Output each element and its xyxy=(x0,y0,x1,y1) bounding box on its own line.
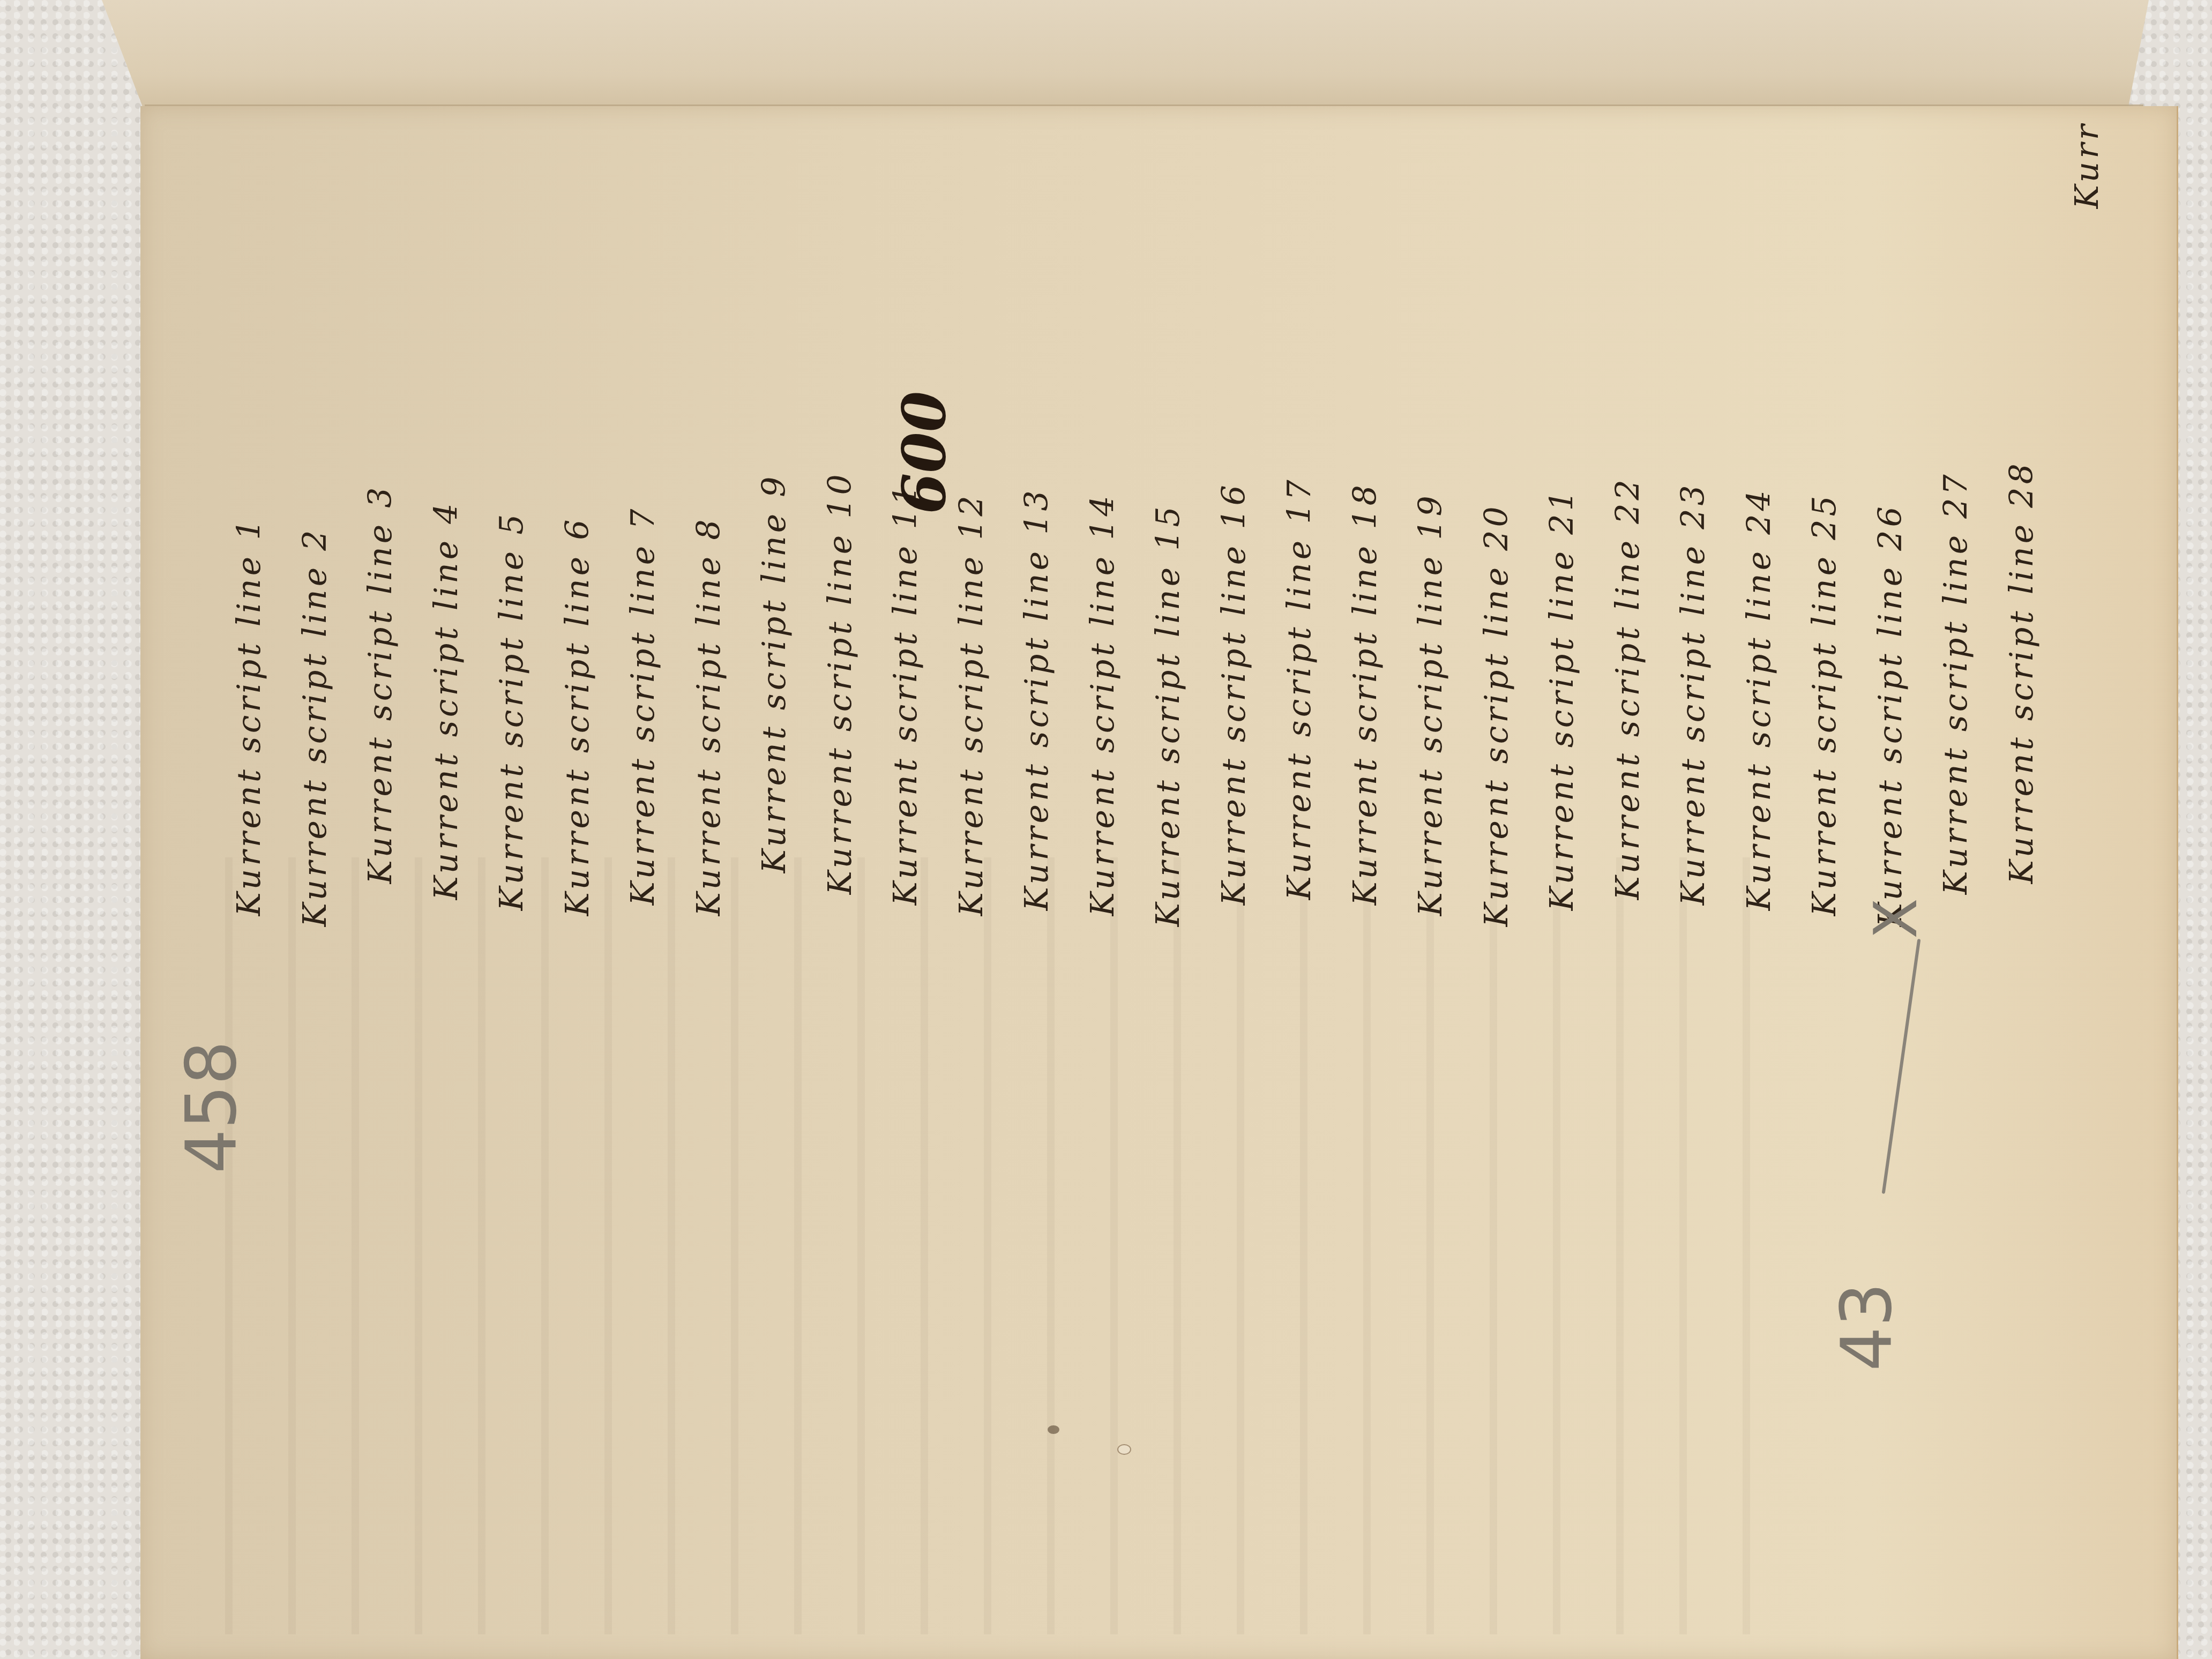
script-line-text: Kurrent script line 17 xyxy=(1281,123,1318,900)
cross-mark-pencil: X xyxy=(1862,898,1930,938)
script-line-text: Kurrent script line 22 xyxy=(1609,123,1647,900)
script-line-text: Kurrent script line 25 xyxy=(1806,123,1843,916)
script-line-text: Kurrent script line 15 xyxy=(1149,123,1187,927)
page-number-pencil: 43 xyxy=(1826,1282,1907,1371)
script-line-text: Kurrent script line 10 xyxy=(821,123,859,895)
script-line-text: Kurrent script line 1 xyxy=(230,123,268,916)
script-line-text: Kurrent script line 4 xyxy=(428,123,465,900)
script-line-text: Kurrent script line 8 xyxy=(690,123,728,916)
script-line-text: Kurrent script line 23 xyxy=(1675,123,1712,906)
script-line-text: Kurrent script line 7 xyxy=(624,123,662,906)
script-line-text: Kurrent script line 28 xyxy=(2003,123,2041,884)
script-line-text: Kurrent script line 16 xyxy=(1215,123,1253,906)
paper-damage-hole xyxy=(1117,1444,1131,1455)
script-line-text: Kurrent script line 24 xyxy=(1740,123,1778,911)
script-line-text: Kurrent script line 18 xyxy=(1347,123,1384,906)
paper-damage-hole xyxy=(1048,1425,1059,1434)
script-line-text: Kurrent script line 11 xyxy=(887,123,924,906)
script-line-text: Kurrent script line 14 xyxy=(1084,123,1122,916)
script-line-text: Kurrent script line 13 xyxy=(1018,123,1056,911)
script-line-text: Kurrent script line 20 xyxy=(1478,123,1515,927)
script-line-text: Kurrent script line 27 xyxy=(1937,123,1975,895)
script-line-text: Kurrent script line 29 xyxy=(2068,123,2106,209)
folio-number-pencil: 458 xyxy=(170,1041,252,1174)
script-line-text: Kurrent script line 5 xyxy=(493,123,530,911)
bleed-through-text xyxy=(225,857,1779,1634)
amount-600: 600 xyxy=(890,391,959,514)
script-line-text: Kurrent script line 19 xyxy=(1412,123,1449,916)
folded-top-flap xyxy=(102,0,2149,107)
script-line-text: Kurrent script line 3 xyxy=(362,123,399,884)
script-line-text: Kurrent script line 21 xyxy=(1543,123,1581,911)
script-line-text: Kurrent script line 12 xyxy=(953,123,990,916)
script-line-text: Kurrent script line 2 xyxy=(296,123,334,927)
script-line-text: Kurrent script line 26 xyxy=(1872,123,1909,927)
script-line-text: Kurrent script line 6 xyxy=(559,123,596,916)
script-line-text: Kurrent script line 9 xyxy=(756,123,793,873)
